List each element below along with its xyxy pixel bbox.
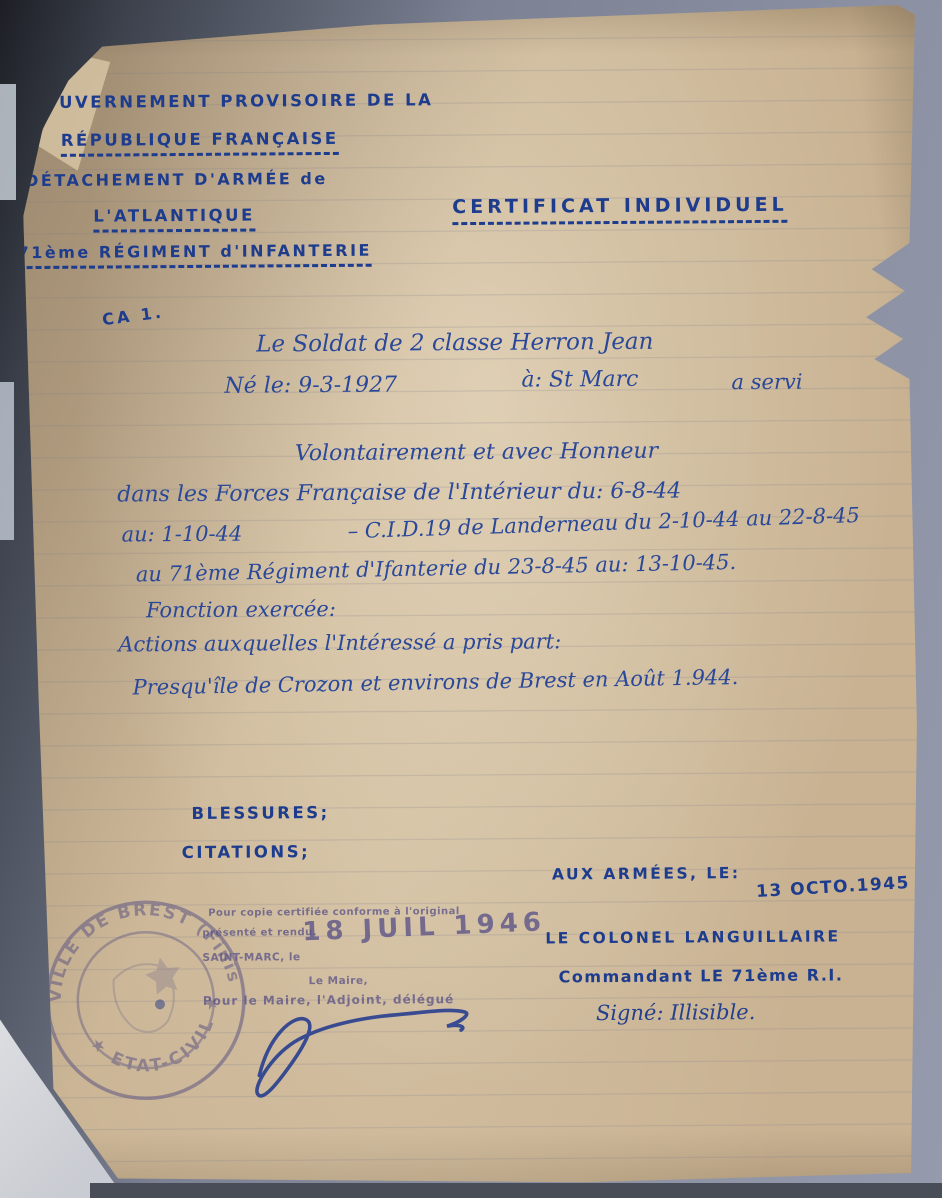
blessures-label: BLESSURES; — [191, 803, 329, 823]
mairie-stamp-line: SAINT-MARC, le — [202, 951, 300, 964]
document-title: CERTIFICAT INDIVIDUEL — [452, 194, 788, 225]
signature-stroke — [256, 1010, 467, 1096]
signature — [221, 996, 502, 1113]
certificate-date: 13 OCTO.1945 — [756, 873, 911, 902]
citations-label: CITATIONS; — [182, 842, 311, 862]
photo-background: GOUVERNEMENT PROVISOIRE DE LA RÉPUBLIQUE… — [0, 0, 942, 1198]
stamp-coat-of-arms — [109, 954, 192, 1038]
letterhead-line: 71ème RÉGIMENT d'INFANTERIE — [18, 241, 373, 269]
subject-line: Le Soldat de 2 classe Herron Jean — [256, 329, 653, 358]
table-edge — [90, 1183, 942, 1198]
service-line-fonction: Fonction exercée: — [146, 597, 336, 622]
letterhead-line: DÉTACHEMENT D'ARMÉE de — [25, 169, 328, 190]
officer-name: LE COLONEL LANGUILLAIRE — [545, 927, 840, 947]
ink-dot — [154, 998, 166, 1010]
tape-strip — [0, 382, 14, 540]
service-line-presquile: Presqu'île de Crozon et environs de Bres… — [132, 665, 738, 700]
signed-note: Signé: Illisible. — [596, 1000, 756, 1025]
birth-date: Né le: 9-3-1927 — [224, 373, 397, 399]
service-line-cid: – C.I.D.19 de Landerneau du 2-10-44 au 2… — [347, 503, 860, 543]
letterhead-line: RÉPUBLIQUE FRANÇAISE — [61, 129, 339, 157]
service-line-honneur: Volontairement et avec Honneur — [295, 439, 658, 467]
mairie-stamp-line: Le Maire, — [309, 975, 368, 987]
tape-strip — [0, 84, 16, 200]
service-line-ffi: dans les Forces Française de l'Intérieur… — [117, 479, 681, 508]
place-date-label: AUX ARMÉES, LE: — [552, 864, 741, 883]
letterhead-line: GOUVERNEMENT PROVISOIRE DE LA — [26, 90, 433, 112]
officer-role: Commandant LE 71ème R.I. — [559, 965, 844, 986]
letterhead-line: L'ATLANTIQUE — [93, 206, 255, 233]
service-line-au: au: 1-10-44 — [121, 522, 242, 547]
service-line-actions: Actions auxquelles l'Intéressé a pris pa… — [118, 629, 561, 656]
reference-mark: CA 1. — [101, 302, 165, 329]
certificate-paper: GOUVERNEMENT PROVISOIRE DE LA RÉPUBLIQUE… — [14, 5, 930, 1193]
mairie-stamp-line: présenté et rendu. — [202, 927, 317, 939]
served-note: a servi — [731, 370, 802, 394]
service-line-regiment: au 71ème Régiment d'Ifanterie du 23-8-45… — [136, 550, 737, 587]
birth-place: à: St Marc — [521, 367, 638, 393]
